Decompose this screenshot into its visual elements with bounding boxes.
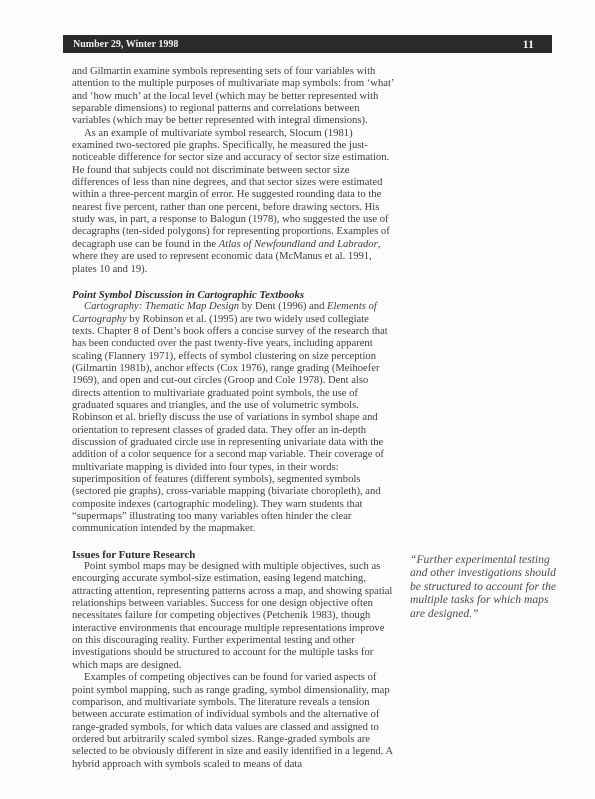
paragraph-slocum: As an example of multivariate symbol res… <box>72 128 394 276</box>
issue-label: Number 29, Winter 1998 <box>73 39 178 50</box>
paragraph-objectives: Point symbol maps may be designed with m… <box>72 561 394 672</box>
atlas-title: Atlas of Newfoundland and Labrador <box>219 239 378 250</box>
paragraph-textbooks-text-a: by Dent (1996) and <box>239 301 327 312</box>
paragraph-gilmartin: and Gilmartin examine symbols representi… <box>72 66 394 128</box>
book-title-dent: Cartography: Thematic Map Design <box>84 301 239 312</box>
paragraph-competing-objectives: Examples of competing objectives can be … <box>72 672 394 771</box>
paragraph-slocum-text-a: As an example of multivariate symbol res… <box>72 128 390 250</box>
pull-quote: “Further experimental testing and other … <box>410 553 560 620</box>
paragraph-textbooks: Cartography: Thematic Map Design by Dent… <box>72 301 394 536</box>
section-heading-textbooks: Point Symbol Discussion in Cartographic … <box>72 289 394 301</box>
section-heading-future-research: Issues for Future Research <box>72 549 394 561</box>
page-number: 11 <box>523 37 542 52</box>
running-header: Number 29, Winter 1998 11 <box>63 35 552 53</box>
main-text-column: and Gilmartin examine symbols representi… <box>72 66 394 771</box>
paragraph-textbooks-text-b: by Robinson et al. (1995) are two widely… <box>72 314 388 535</box>
